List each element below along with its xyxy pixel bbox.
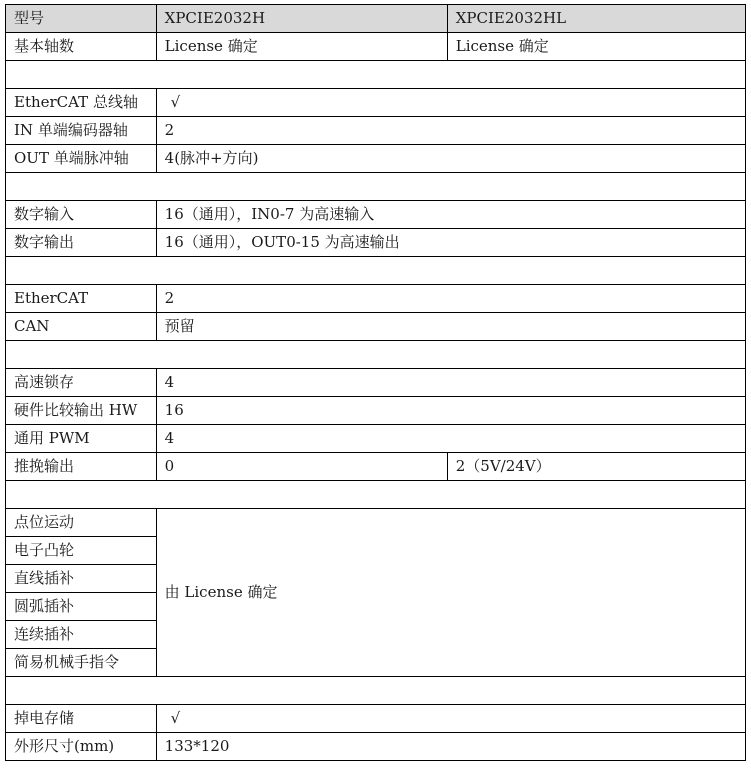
row-label: 直线插补 [6, 565, 157, 593]
row-label: EtherCAT [6, 285, 157, 313]
table-row: EtherCAT 2 [6, 285, 746, 313]
spacer-row [6, 257, 746, 285]
cell-value: 2（5V/24V） [447, 453, 745, 481]
row-label: 推挽输出 [6, 453, 157, 481]
cell-value: License 确定 [156, 33, 447, 61]
cell-value: 16（通用），OUT0-15 为高速输出 [156, 229, 745, 257]
table-row: 硬件比较输出 HW 16 [6, 397, 746, 425]
cell-value: 4 [156, 369, 745, 397]
row-label: 外形尺寸(mm) [6, 733, 157, 761]
table-row: OUT 单端脉冲轴 4(脉冲+方向) [6, 145, 746, 173]
table-row: 数字输出 16（通用），OUT0-15 为高速输出 [6, 229, 746, 257]
table-row: 掉电存储 √ [6, 705, 746, 733]
row-label: 硬件比较输出 HW [6, 397, 157, 425]
table-row: 通用 PWM 4 [6, 425, 746, 453]
cell-value: 0 [156, 453, 447, 481]
header-label: 型号 [6, 5, 157, 33]
table-row: IN 单端编码器轴 2 [6, 117, 746, 145]
row-label: OUT 单端脉冲轴 [6, 145, 157, 173]
row-label: 基本轴数 [6, 33, 157, 61]
spacer-row [6, 341, 746, 369]
cell-value: 2 [156, 117, 745, 145]
check-icon: √ [156, 705, 745, 733]
row-label: 连续插补 [6, 621, 157, 649]
header-model-hl: XPCIE2032HL [447, 5, 745, 33]
spacer-cell [6, 341, 746, 369]
row-label: 通用 PWM [6, 425, 157, 453]
cell-value: License 确定 [447, 33, 745, 61]
table-row: 点位运动 由 License 确定 [6, 509, 746, 537]
row-label: 数字输出 [6, 229, 157, 257]
spacer-row [6, 677, 746, 705]
row-label: 简易机械手指令 [6, 649, 157, 677]
table-row: 基本轴数 License 确定 License 确定 [6, 33, 746, 61]
row-label: 点位运动 [6, 509, 157, 537]
spec-table: 型号 XPCIE2032H XPCIE2032HL 基本轴数 License 确… [5, 4, 746, 761]
cell-value: 4 [156, 425, 745, 453]
spacer-cell [6, 173, 746, 201]
row-label: 圆弧插补 [6, 593, 157, 621]
row-label: 高速锁存 [6, 369, 157, 397]
spacer-cell [6, 61, 746, 89]
header-model-h: XPCIE2032H [156, 5, 447, 33]
header-row: 型号 XPCIE2032H XPCIE2032HL [6, 5, 746, 33]
table-row: EtherCAT 总线轴 √ [6, 89, 746, 117]
row-label: CAN [6, 313, 157, 341]
cell-value: 预留 [156, 313, 745, 341]
check-icon: √ [156, 89, 745, 117]
spacer-cell [6, 481, 746, 509]
row-label: 数字输入 [6, 201, 157, 229]
table-row: 高速锁存 4 [6, 369, 746, 397]
row-label: 电子凸轮 [6, 537, 157, 565]
motion-license-value: 由 License 确定 [156, 509, 745, 677]
cell-value: 16（通用），IN0-7 为高速输入 [156, 201, 745, 229]
row-label: 掉电存储 [6, 705, 157, 733]
cell-value: 4(脉冲+方向) [156, 145, 745, 173]
spacer-row [6, 61, 746, 89]
row-label: EtherCAT 总线轴 [6, 89, 157, 117]
cell-value: 16 [156, 397, 745, 425]
table-row: CAN 预留 [6, 313, 746, 341]
spacer-cell [6, 257, 746, 285]
row-label: IN 单端编码器轴 [6, 117, 157, 145]
table-row: 数字输入 16（通用），IN0-7 为高速输入 [6, 201, 746, 229]
spacer-cell [6, 677, 746, 705]
cell-value: 2 [156, 285, 745, 313]
table-row: 外形尺寸(mm) 133*120 [6, 733, 746, 761]
spacer-row [6, 481, 746, 509]
cell-value: 133*120 [156, 733, 745, 761]
table-row: 推挽输出 0 2（5V/24V） [6, 453, 746, 481]
spacer-row [6, 173, 746, 201]
